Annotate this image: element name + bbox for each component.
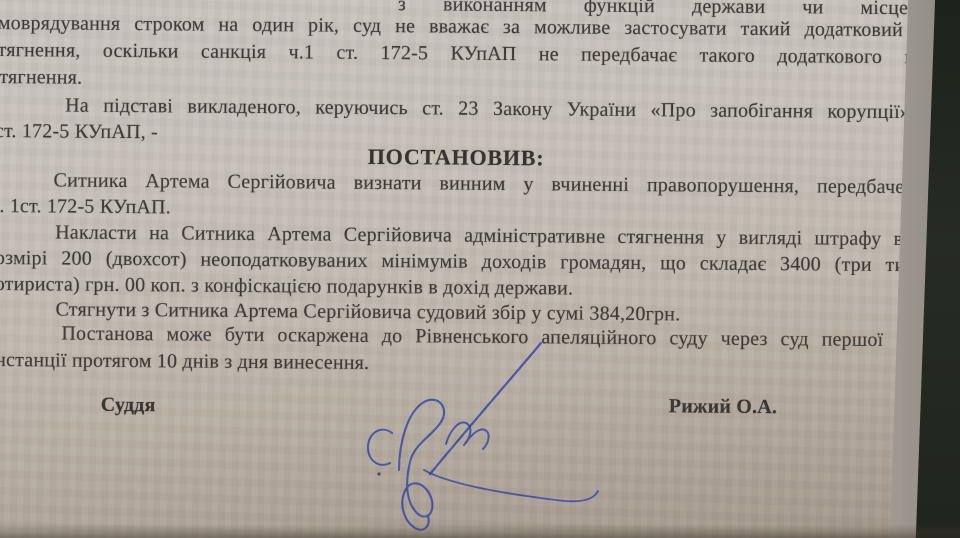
- judge-title-label: Суддя: [101, 392, 156, 418]
- document-line: На підставі викладеного, керуючись ст. 2…: [65, 93, 945, 126]
- document-text: з виконанням функцій держави чи місцевог…: [0, 0, 960, 538]
- judge-name: Рижий О.А.: [669, 393, 777, 420]
- document-line: Ситника Артема Сергійовича визнати винни…: [53, 167, 943, 200]
- document-line: ст. 172-5 КУпАП, -: [0, 118, 158, 145]
- document-line: . 1ст. 172-5 КУпАП.: [0, 193, 171, 220]
- document-line: нстанції протягом 10 днів з дня винесенн…: [0, 347, 369, 376]
- resolution-heading: ПОСТАНОВИВ:: [368, 144, 545, 171]
- document-photo: з виконанням функцій держави чи місцевог…: [0, 0, 960, 538]
- document-line: тягнення.: [0, 64, 82, 91]
